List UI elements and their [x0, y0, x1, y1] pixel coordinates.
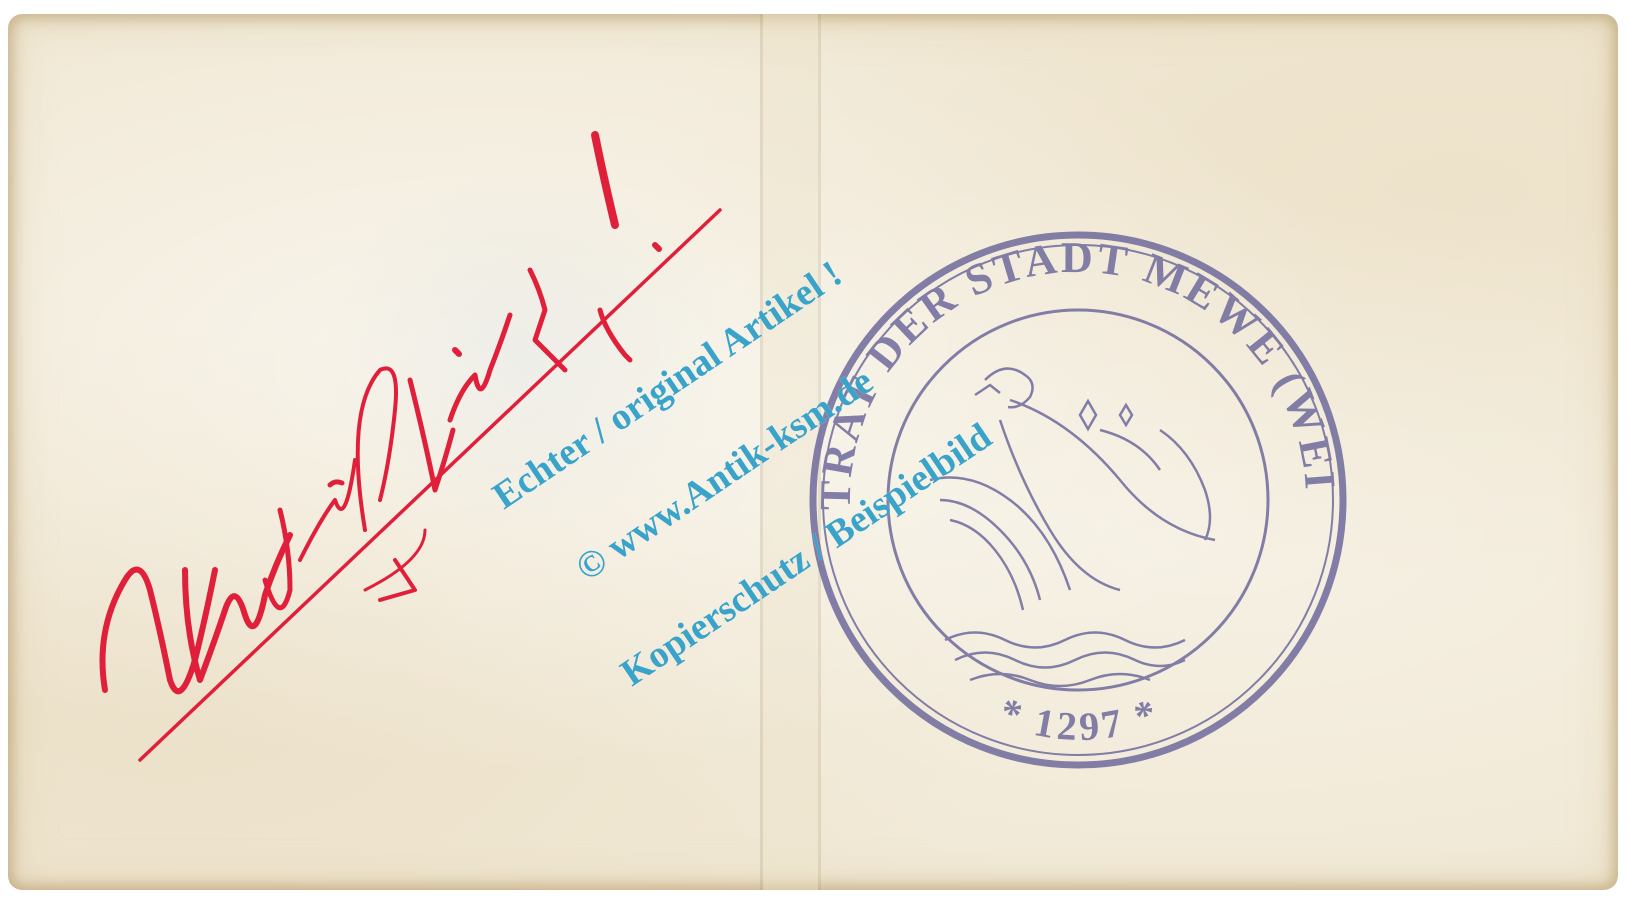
seal-year-text: * 1297 *	[993, 688, 1167, 749]
official-seal-stamp: MAGISTRAT DER STADT MEWE (WEICHSEL) * 12…	[0, 0, 1345, 765]
eagle-icon	[930, 369, 1215, 610]
ink-layer: MAGISTRAT DER STADT MEWE (WEICHSEL) * 12…	[0, 0, 1627, 898]
waves-icon	[945, 633, 1185, 687]
handwritten-signature	[103, 135, 721, 760]
